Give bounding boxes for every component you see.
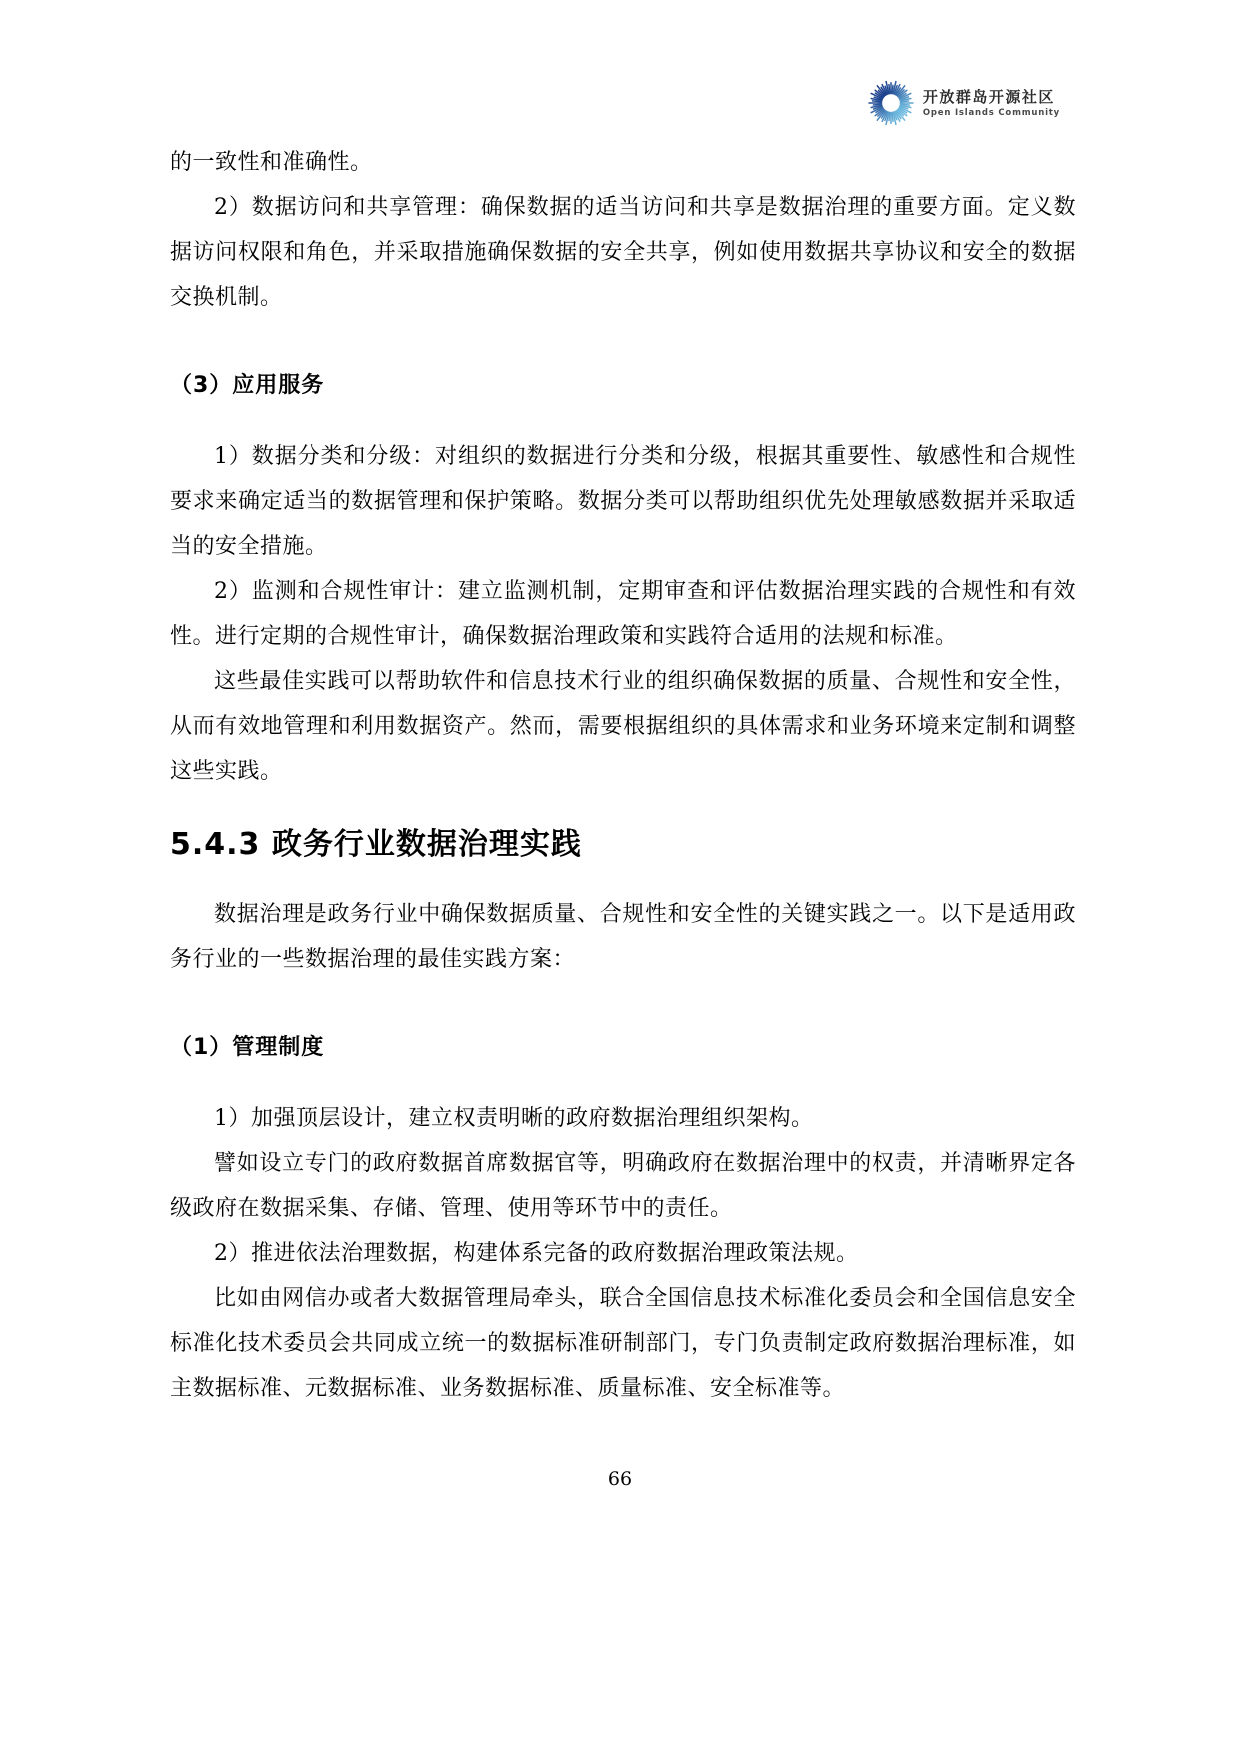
logo-text: 开放群岛开源社区 Open Islands Community	[923, 88, 1060, 118]
paragraph: 2）数据访问和共享管理：确保数据的适当访问和共享是数据治理的重要方面。定义数据访…	[170, 185, 1076, 320]
header-logo: 开放群岛开源社区 Open Islands Community	[868, 80, 1060, 126]
logo-title-zh: 开放群岛开源社区	[923, 88, 1060, 106]
paragraph: 2）监测和合规性审计：建立监测机制，定期审查和评估数据治理实践的合规性和有效性。…	[170, 569, 1076, 659]
paragraph: 比如由网信办或者大数据管理局牵头，联合全国信息技术标准化委员会和全国信息安全标准…	[170, 1276, 1076, 1411]
paragraph: 1）数据分类和分级：对组织的数据进行分类和分级，根据其重要性、敏感性和合规性要求…	[170, 434, 1076, 569]
chapter-heading-543: 5.4.3 政务行业数据治理实践	[170, 824, 1076, 866]
section-heading-app-services: （3）应用服务	[170, 370, 1076, 402]
paragraph: 譬如设立专门的政府数据首席数据官等，明确政府在数据治理中的权责，并清晰界定各级政…	[170, 1141, 1076, 1231]
document-page: 开放群岛开源社区 Open Islands Community 的一致性和准确性…	[0, 0, 1240, 1753]
paragraph: 2）推进依法治理数据，构建体系完备的政府数据治理政策法规。	[170, 1231, 1076, 1276]
paragraph: 数据治理是政务行业中确保数据质量、合规性和安全性的关键实践之一。以下是适用政务行…	[170, 892, 1076, 982]
paragraph-continuation: 的一致性和准确性。	[170, 140, 1076, 185]
sunburst-icon	[868, 80, 914, 126]
section-heading-management-system: （1）管理制度	[170, 1032, 1076, 1064]
logo-title-en: Open Islands Community	[923, 108, 1060, 118]
paragraph: 1）加强顶层设计，建立权责明晰的政府数据治理组织架构。	[170, 1096, 1076, 1141]
page-number: 66	[0, 1468, 1240, 1490]
page-content: 的一致性和准确性。 2）数据访问和共享管理：确保数据的适当访问和共享是数据治理的…	[170, 140, 1076, 1411]
paragraph: 这些最佳实践可以帮助软件和信息技术行业的组织确保数据的质量、合规性和安全性，从而…	[170, 659, 1076, 794]
